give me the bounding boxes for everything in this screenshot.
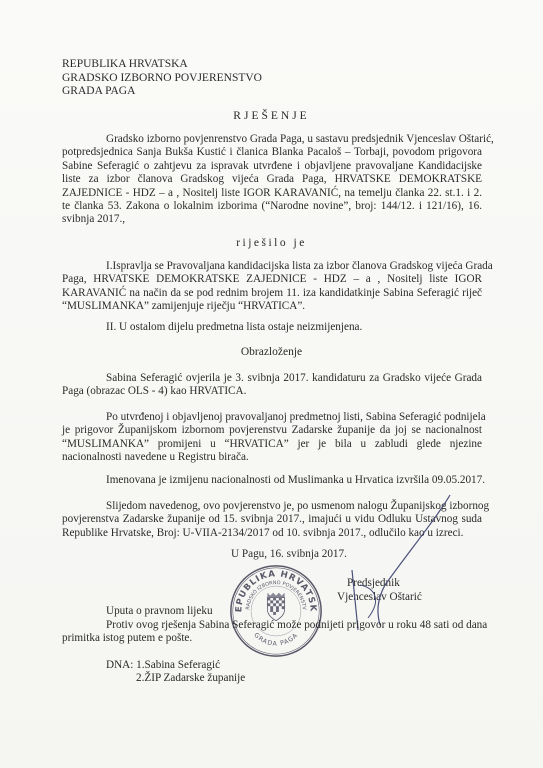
decision-item-2: II. U ostalom dijelu predmetna lista ost…	[62, 321, 482, 334]
reasoning-line: “MUSLIMANKA” promijeni u “HRVATICA” jer …	[62, 438, 482, 451]
decision-line: KARAVANIĆ na način da se pod rednim broj…	[62, 287, 482, 300]
legal-remedy-line: Protiv ovog rješenja Sabina Seferagić mo…	[62, 619, 487, 632]
intro-line: Sabine Seferagić o zahtjevu za ispravak …	[62, 160, 482, 173]
reasoning-line: Sabina Seferagić ovjerila je 3. svibnja …	[62, 372, 482, 385]
legal-remedy-heading: Uputa o pravnom lijeku	[106, 605, 213, 618]
decision-line: II. U ostalom dijelu predmetna lista ost…	[62, 321, 482, 334]
intro-line: liste za izbor članova Gradskog vijeća G…	[62, 173, 482, 186]
header-line-country: REPUBLIKA HRVATSKA	[62, 58, 262, 72]
decision-line: Paga, HRVATSKE DEMOKRATSKE ZAJEDNICE - H…	[62, 273, 482, 286]
reasoning-paragraph-3: Imenovana je izmijenu nacionalnosti od M…	[62, 474, 482, 487]
distribution-item: 1.Sabina Seferagić	[136, 659, 220, 671]
reasoning-paragraph-1: Sabina Seferagić ovjerila je 3. svibnja …	[62, 372, 482, 399]
intro-line: ZAJEDNICE - HDZ – a , Nositelj liste IGO…	[62, 187, 482, 200]
decision-heading: riješilo je	[0, 237, 543, 249]
header-line-city: GRADA PAGA	[62, 85, 262, 99]
decision-line: “MUSLIMANKA” zamijenjuje riječju “HRVATI…	[62, 300, 482, 313]
decision-item-1: I.Ispravlja se Pravovaljana kandidacijsk…	[62, 260, 482, 314]
document-page: REPUBLIKA HRVATSKA GRADSKO IZBORNO POVJE…	[0, 0, 543, 768]
reasoning-line: nacionalnosti navedene u Registru birača…	[62, 451, 482, 464]
reasoning-line: Paga (obrazac OLS - 4) kao HRVATICA.	[62, 385, 482, 398]
legal-remedy-text: Protiv ovog rješenja Sabina Seferagić mo…	[62, 619, 487, 646]
issuer-header: REPUBLIKA HRVATSKA GRADSKO IZBORNO POVJE…	[62, 58, 262, 99]
header-line-commission: GRADSKO IZBORNO POVJERENSTVO	[62, 72, 262, 86]
decision-line: I.Ispravlja se Pravovaljana kandidacijsk…	[62, 260, 482, 273]
distribution-item: 2.ŽIP Zadarske županije	[136, 672, 245, 685]
intro-line: Gradsko izborno povjenrenstvo Grada Paga…	[62, 133, 482, 146]
distribution-list: DNA: 1.Sabina Seferagić	[106, 659, 220, 672]
reasoning-heading: Obrazloženje	[0, 346, 543, 358]
reasoning-line: Imenovana je izmijenu nacionalnosti od M…	[62, 474, 482, 487]
legal-remedy-line: primitka istog putem e pošte.	[62, 632, 487, 645]
coat-of-arms-icon	[267, 593, 284, 621]
reasoning-line: Po utvrđenoj i objavljenoj pravovaljanoj…	[62, 411, 482, 424]
intro-line: svibnja 2017.,	[62, 213, 482, 226]
intro-paragraph: Gradsko izborno povjenrenstvo Grada Paga…	[62, 133, 482, 227]
intro-line: potpredsjednica Sanja Bukša Kustić i čla…	[62, 146, 482, 159]
document-title: RJEŠENJE	[0, 110, 543, 122]
distribution-label: DNA:	[106, 659, 133, 671]
reasoning-paragraph-2: Po utvrđenoj i objavljenoj pravovaljanoj…	[62, 411, 482, 465]
reasoning-line: je prigovor Županijskom izbornom povjere…	[62, 424, 482, 437]
intro-line: te članka 53. Zakona o lokalnim izborima…	[62, 200, 482, 213]
place-and-date: U Pagu, 16. svibnja 2017.	[231, 548, 347, 561]
